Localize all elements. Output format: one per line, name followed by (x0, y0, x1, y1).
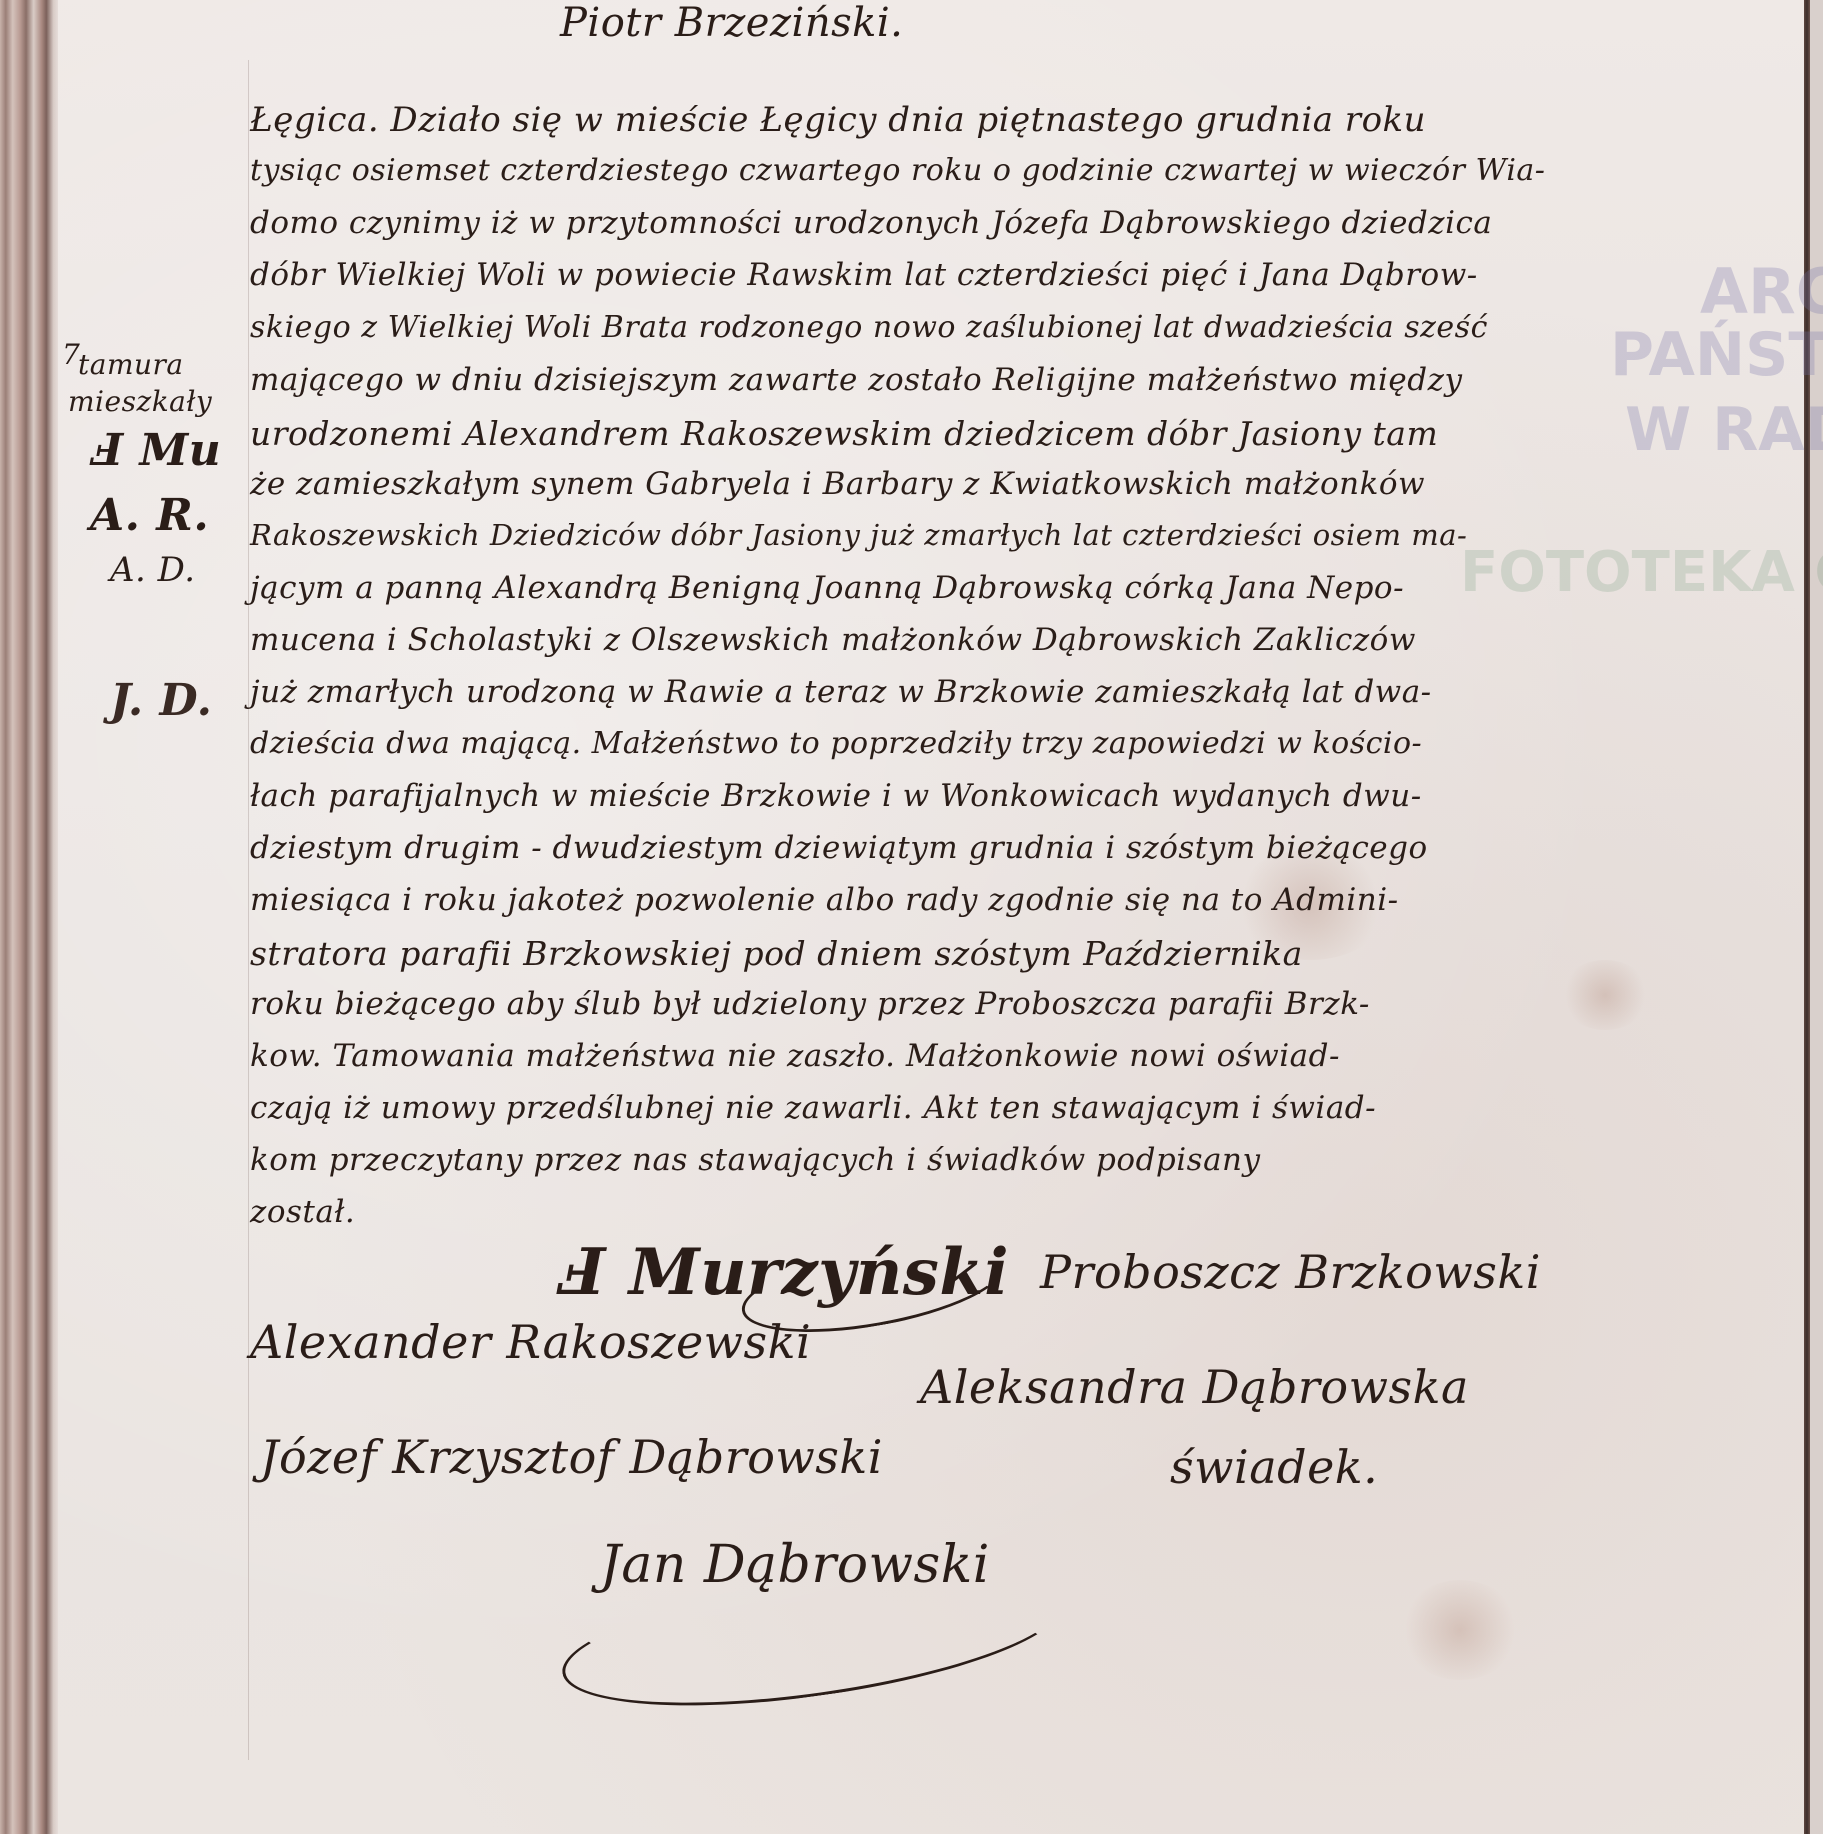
body-line: już zmarłych urodzoną w Rawie a teraz w … (250, 674, 1432, 710)
body-line: Rakoszewskich Dziedziców dóbr Jasiony ju… (250, 518, 1467, 552)
signature-bride: Aleksandra Dąbrowska (920, 1360, 1469, 1414)
body-line: roku bieżącego aby ślub był udzielony pr… (250, 986, 1370, 1022)
witness-label: świadek. (1170, 1440, 1378, 1494)
body-line: dziestym drugim - dwudziestym dziewiątym… (250, 830, 1428, 866)
margin-note-line: tamura (78, 348, 184, 381)
archive-watermark-line: W RAD (1625, 395, 1823, 465)
body-line: urodzonemi Alexandrem Rakoszewskim dzied… (250, 414, 1438, 453)
document-page: ARCH PAŃSTW W RAD FOTOTEKA G Piotr Brzez… (0, 0, 1823, 1834)
archive-watermark-line: FOTOTEKA G (1460, 540, 1823, 605)
body-line: kow. Tamowania małżeństwa nie zaszło. Ma… (250, 1038, 1340, 1074)
signature-witness-1: Józef Krzysztof Dąbrowski (260, 1430, 883, 1484)
body-line: mucena i Scholastyki z Olszewskich małżo… (250, 622, 1416, 658)
archive-watermark-line: PAŃSTW (1610, 320, 1823, 390)
margin-note-line: mieszkały (68, 385, 212, 418)
body-line: domo czynimy iż w przytomności urodzonyc… (250, 205, 1492, 241)
body-line: łach parafijalnych w mieście Brzkowie i … (250, 778, 1422, 814)
margin-initials: A. R. (90, 490, 209, 541)
signature-proboszcz: Proboszcz Brzkowski (1040, 1245, 1541, 1299)
margin-rule (248, 60, 249, 1760)
margin-initials: Ⅎ Mu (92, 425, 221, 476)
signature-groom: Alexander Rakoszewski (250, 1315, 811, 1369)
body-line: czają iż umowy przedślubnej nie zawarli.… (250, 1090, 1376, 1126)
body-line: został. (250, 1194, 355, 1230)
margin-initials: A. D. (110, 550, 196, 590)
body-line: miesiąca i roku jakoteż pozwolenie albo … (250, 882, 1399, 918)
book-binding (0, 0, 58, 1834)
paper-stain (1560, 960, 1650, 1030)
paper-stain (1400, 1580, 1520, 1680)
body-line: Łęgica. Działo się w mieście Łęgicy dnia… (250, 100, 1426, 140)
body-line: dóbr Wielkiej Woli w powiecie Rawskim la… (250, 257, 1478, 293)
body-line: dzieścia dwa mającą. Małżeństwo to poprz… (250, 726, 1422, 761)
body-line: mającego w dniu dzisiejszym zawarte zost… (250, 362, 1462, 398)
body-line: że zamieszkałym synem Gabryela i Barbary… (250, 466, 1425, 502)
header-name: Piotr Brzeziński. (560, 0, 903, 46)
archive-watermark-line: ARCH (1700, 255, 1823, 328)
body-line: tysiąc osiemset czterdziestego czwartego… (250, 153, 1545, 188)
margin-initials: J. D. (110, 675, 212, 726)
body-line: kom przeczytany przez nas stawających i … (250, 1142, 1261, 1178)
body-line: skiego z Wielkiej Woli Brata rodzonego n… (250, 310, 1488, 345)
body-line: jącym a panną Alexandrą Benigną Joanną D… (250, 570, 1404, 606)
